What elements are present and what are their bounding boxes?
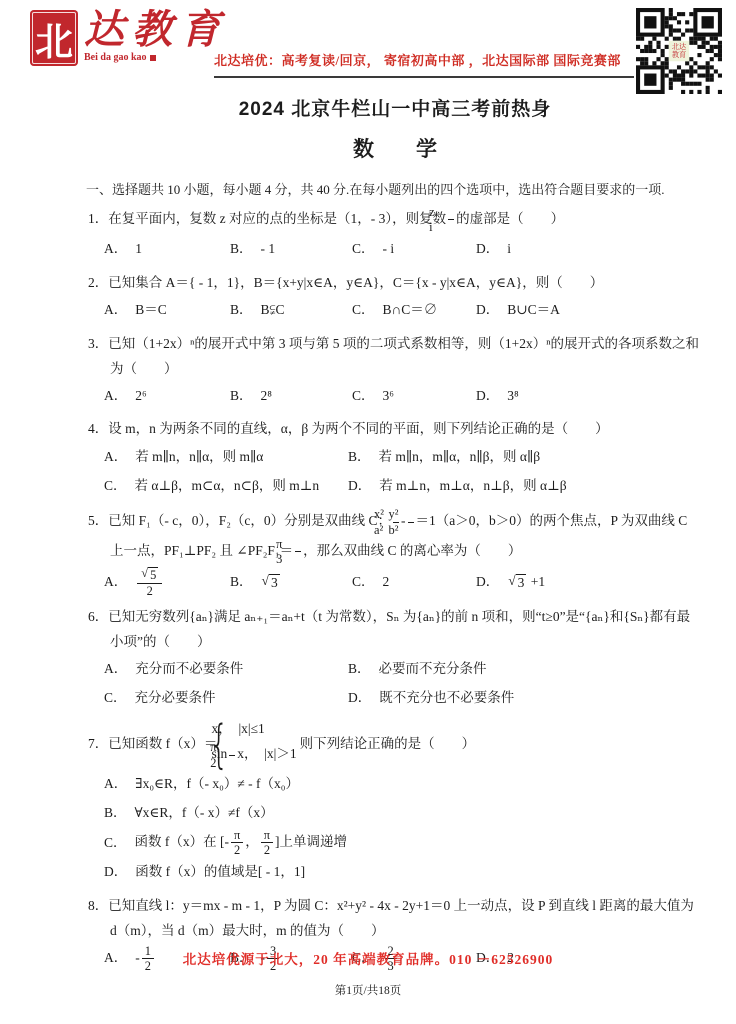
option-item: C．3⁶	[352, 381, 468, 410]
option-text: 若 α⊥β，m⊂α，n⊂β，则 m⊥n	[135, 476, 320, 496]
option-item: B．∀x∈R，f（- x）≠f（x）	[104, 799, 702, 828]
question-text: 8．已知直线 l：y＝mx - m - 1，P 为圆 C：x²+y² - 4x …	[88, 894, 702, 944]
question-block: 4．设 m，n 为两条不同的直线，α，β 为两个不同的平面，则下列结论正确的是（…	[88, 417, 702, 500]
option-label: B．	[230, 386, 253, 406]
option-item: A．∃x₀∈R，f（- x₀）≠ - f（x₀）	[104, 770, 702, 799]
option-text: √52	[135, 567, 164, 598]
option-item: D．既不充分也不必要条件	[348, 684, 702, 713]
option-label: B．	[348, 659, 371, 679]
option-text: 1	[135, 239, 142, 259]
exam-subject: 数 学	[88, 133, 702, 163]
question-text: 4．设 m，n 为两条不同的直线，α，β 为两个不同的平面，则下列结论正确的是（…	[88, 417, 702, 442]
option-item: D．i	[476, 235, 702, 264]
question-text: 2．已知集合 A＝{ - 1，1}，B＝{x+y|x∈A，y∈A}，C＝{x -…	[88, 271, 702, 296]
option-text: 若 m∥n，m∥α，n∥β，则 α∥β	[379, 447, 541, 467]
option-text: 若 m⊥n，m⊥α，n⊥β，则 α⊥β	[379, 476, 566, 496]
option-label: A．	[104, 447, 127, 467]
option-label: D．	[348, 688, 371, 708]
option-text: 3⁸	[507, 386, 518, 406]
question-block: 5．已知 F₁（- c，0），F₂（c，0）分别是双曲线 C：x²a²-y²b²…	[88, 507, 702, 598]
option-text: 必要而不充分条件	[379, 659, 487, 679]
option-label: D．	[348, 476, 371, 496]
option-item: A．充分而不必要条件	[104, 655, 340, 684]
option-text: - 1	[261, 239, 276, 259]
option-text: 函数 f（x）的值域是[ - 1，1]	[135, 862, 305, 882]
question-text: 7．已知函数 f（x）＝{x， |x|≤1sinπ2x， |x|＞1则下列结论正…	[88, 720, 702, 770]
option-item: D．若 m⊥n，m⊥α，n⊥β，则 α⊥β	[348, 471, 702, 500]
option-text: 函数 f（x）在 [-π2，π2]上单调递增	[135, 828, 348, 858]
option-item: A．2⁶	[104, 381, 222, 410]
option-label: C．	[352, 386, 375, 406]
option-label: C．	[352, 572, 375, 592]
option-item: D．函数 f（x）的值域是[ - 1，1]	[104, 858, 702, 887]
option-label: A．	[104, 386, 127, 406]
option-text: ∀x∈R，f（- x）≠f（x）	[135, 803, 274, 823]
option-item: B．√3	[230, 567, 344, 598]
option-item: B．若 m∥n，m∥α，n∥β，则 α∥β	[348, 442, 702, 471]
option-item: D．√3 +1	[476, 567, 702, 598]
option-label: A．	[104, 239, 127, 259]
option-text: 2⁶	[135, 386, 146, 406]
option-text: √3	[261, 572, 281, 592]
option-label: C．	[352, 300, 375, 320]
option-item: B．2⁸	[230, 381, 344, 410]
option-text: 3⁶	[383, 386, 394, 406]
option-item: C．2	[352, 567, 468, 598]
exam-title: 2024 北京牛栏山一中高三考前热身	[88, 94, 702, 121]
option-label: C．	[104, 688, 127, 708]
question-block: 7．已知函数 f（x）＝{x， |x|≤1sinπ2x， |x|＞1则下列结论正…	[88, 720, 702, 887]
option-item: B．必要而不充分条件	[348, 655, 702, 684]
option-item: C．若 α⊥β，m⊂α，n⊂β，则 m⊥n	[104, 471, 340, 500]
option-row: A．充分而不必要条件B．必要而不充分条件C．充分必要条件D．既不充分也不必要条件	[104, 655, 702, 713]
option-item: D．B∪C＝A	[476, 296, 702, 325]
option-label: D．	[476, 572, 499, 592]
option-item: A．√52	[104, 567, 222, 598]
option-text: 若 m∥n，n∥α，则 m∥α	[135, 447, 263, 467]
question-text: 1．在复平面内，复数 z 对应的点的坐标是（1，- 3），则复数zi的虚部是（ …	[88, 205, 702, 235]
option-label: B．	[230, 572, 253, 592]
option-row: A．1B．- 1C．- iD．i	[104, 235, 702, 264]
option-label: A．	[104, 572, 127, 592]
option-label: B．	[230, 239, 253, 259]
option-row: A．2⁶B．2⁸C．3⁶D．3⁸	[104, 381, 702, 410]
question-text: 6．已知无穷数列{aₙ}满足 aₙ₊₁＝aₙ+t（t 为常数），Sₙ 为{aₙ}…	[88, 605, 702, 655]
option-label: B．	[230, 300, 253, 320]
option-label: B．	[104, 803, 127, 823]
exam-page: 北 达教育 Bei da gao kao 北达培优：高考复读/回京， 寄宿初高中…	[0, 0, 736, 1024]
option-row: A．B＝CB．B⫋CC．B∩C＝∅D．B∪C＝A	[104, 296, 702, 325]
option-item: A．1	[104, 235, 222, 264]
exam-body: 2024 北京牛栏山一中高三考前热身 数 学 一、选择题共 10 小题，每小题 …	[0, 0, 736, 973]
option-text: √3 +1	[507, 572, 545, 592]
option-text: i	[507, 239, 511, 259]
option-text: B＝C	[135, 300, 167, 320]
option-label: C．	[104, 476, 127, 496]
option-item: A．B＝C	[104, 296, 222, 325]
option-text: B⫋C	[261, 300, 285, 320]
question-block: 6．已知无穷数列{aₙ}满足 aₙ₊₁＝aₙ+t（t 为常数），Sₙ 为{aₙ}…	[88, 605, 702, 713]
option-text: - i	[383, 239, 395, 259]
option-item: C．B∩C＝∅	[352, 296, 468, 325]
option-row: A．√52B．√3C．2D．√3 +1	[104, 567, 702, 598]
option-item: C．充分必要条件	[104, 684, 340, 713]
option-item: B．- 1	[230, 235, 344, 264]
option-item: C．函数 f（x）在 [-π2，π2]上单调递增	[104, 828, 702, 858]
option-label: D．	[476, 386, 499, 406]
option-label: A．	[104, 659, 127, 679]
question-block: 1．在复平面内，复数 z 对应的点的坐标是（1，- 3），则复数zi的虚部是（ …	[88, 205, 702, 264]
option-row: A．若 m∥n，n∥α，则 m∥αB．若 m∥n，m∥α，n∥β，则 α∥βC．…	[104, 442, 702, 500]
option-item: D．3⁸	[476, 381, 702, 410]
option-label: B．	[348, 447, 371, 467]
option-label: D．	[476, 239, 499, 259]
question-list: 1．在复平面内，复数 z 对应的点的坐标是（1，- 3），则复数zi的虚部是（ …	[88, 205, 702, 973]
option-label: A．	[104, 774, 127, 794]
question-block: 3．已知（1+2x）ⁿ的展开式中第 3 项与第 5 项的二项式系数相等，则（1+…	[88, 332, 702, 411]
option-label: D．	[104, 862, 127, 882]
footer-slogan: 北达培优源于北大，20 年高端教育品牌。010 －62526900	[0, 948, 736, 968]
question-block: 2．已知集合 A＝{ - 1，1}，B＝{x+y|x∈A，y∈A}，C＝{x -…	[88, 271, 702, 325]
question-text: 5．已知 F₁（- c，0），F₂（c，0）分别是双曲线 C：x²a²-y²b²…	[88, 507, 702, 566]
option-text: 充分而不必要条件	[135, 659, 243, 679]
section-intro: 一、选择题共 10 小题，每小题 4 分，共 40 分.在每小题列出的四个选项中…	[86, 179, 702, 198]
option-item: A．若 m∥n，n∥α，则 m∥α	[104, 442, 340, 471]
option-label: D．	[476, 300, 499, 320]
question-text: 3．已知（1+2x）ⁿ的展开式中第 3 项与第 5 项的二项式系数相等，则（1+…	[88, 332, 702, 382]
option-row: A．∃x₀∈R，f（- x₀）≠ - f（x₀）B．∀x∈R，f（- x）≠f（…	[104, 770, 702, 887]
option-text: 2	[383, 572, 390, 592]
option-text: 充分必要条件	[135, 688, 216, 708]
option-label: A．	[104, 300, 127, 320]
option-text: B∪C＝A	[507, 300, 560, 320]
option-text: ∃x₀∈R，f（- x₀）≠ - f（x₀）	[135, 774, 299, 794]
option-label: C．	[104, 833, 127, 853]
option-label: C．	[352, 239, 375, 259]
option-text: B∩C＝∅	[383, 300, 438, 320]
option-text: 2⁸	[261, 386, 272, 406]
page-number: 第1页/共18页	[0, 982, 736, 998]
option-item: B．B⫋C	[230, 296, 344, 325]
option-text: 既不充分也不必要条件	[379, 688, 514, 708]
option-item: C．- i	[352, 235, 468, 264]
